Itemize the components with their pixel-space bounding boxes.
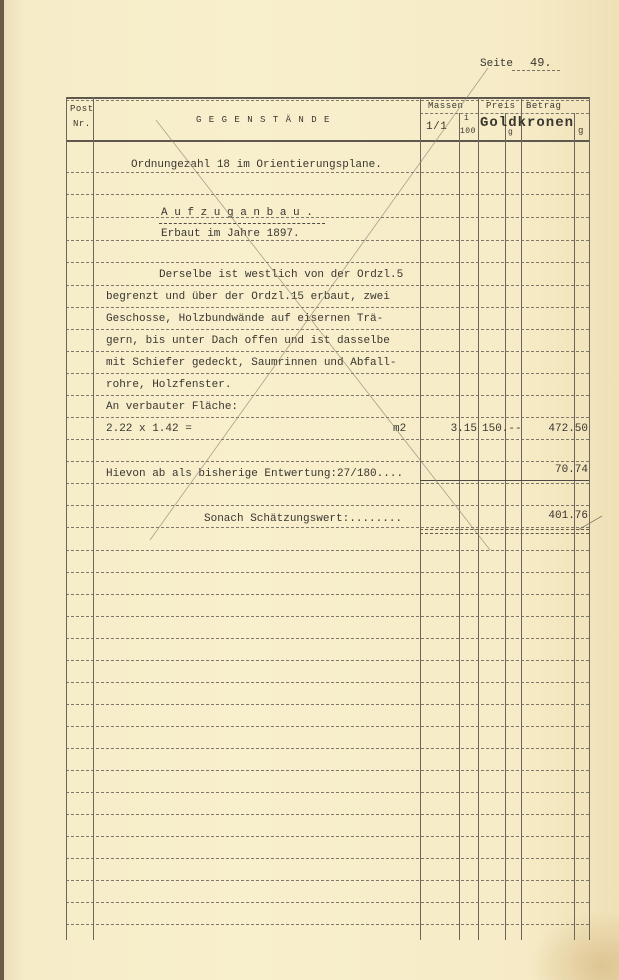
- header-massen: Massen: [428, 101, 463, 111]
- row-rule: [66, 262, 589, 263]
- area-label: An verbauter Fläche:: [106, 401, 238, 413]
- unit-price: 150.--: [482, 423, 522, 435]
- header-bottom-rule: [66, 140, 589, 142]
- row-rule: [66, 217, 589, 218]
- description-line-4: gern, bis unter Dach offen und ist dasse…: [106, 335, 390, 347]
- row-rule: [66, 329, 589, 330]
- header-currency-sub-left: g: [508, 128, 513, 137]
- row-rule: [66, 395, 589, 396]
- col-rule-left: [66, 97, 67, 940]
- area-unit: m2: [393, 423, 406, 435]
- row-rule: [66, 660, 589, 661]
- header-currency: Goldkronen: [480, 115, 574, 131]
- page-number-rule: [512, 70, 560, 71]
- row-rule: [66, 373, 589, 374]
- header-post: Post: [70, 104, 94, 114]
- row-rule: [66, 726, 589, 727]
- table-top-rule: [66, 97, 589, 99]
- row-rule: [66, 240, 589, 241]
- row-rule: [66, 814, 589, 815]
- row-rule: [66, 285, 589, 286]
- col-rule-post: [93, 97, 94, 940]
- description-line-2: begrenzt und über der Ordzl.15 erbaut, z…: [106, 291, 390, 303]
- area-calculation: 2.22 x 1.42 =: [106, 423, 192, 435]
- col-rule-gegenstaende: [420, 97, 421, 940]
- row-rule: [66, 194, 589, 195]
- estimate-amount: 401.76: [536, 510, 588, 522]
- col-rule-massen-sub: [459, 113, 460, 940]
- col-rule-betrag-sub: [574, 113, 575, 940]
- section-title-underline: [159, 223, 325, 224]
- row-rule: [66, 748, 589, 749]
- row-rule: [66, 439, 589, 440]
- header-massen-frac-num: 1: [464, 114, 469, 123]
- deduction-label: Hievon ab als bisherige Entwertung:27/18…: [106, 468, 403, 480]
- row-rule: [66, 527, 589, 528]
- row-rule: [66, 483, 589, 484]
- col-rule-massen: [478, 97, 479, 940]
- page-label: Seite: [480, 58, 513, 70]
- header-massen-frac-den: 100: [460, 127, 476, 136]
- row-rule: [66, 550, 589, 551]
- row-rule: [66, 351, 589, 352]
- ordnungszahl-line: Ordnungezahl 18 im Orientierungsplane.: [131, 159, 382, 171]
- header-preis: Preis: [486, 101, 516, 111]
- row-rule: [66, 417, 589, 418]
- row-rule: [66, 172, 589, 173]
- ledger-table: Post Nr. G E G E N S T Ä N D E Massen 1/…: [66, 97, 589, 940]
- description-line-1: Derselbe ist westlich von der Ordzl.5: [159, 269, 403, 281]
- area-value: 3.15: [447, 423, 477, 435]
- row-rule: [66, 572, 589, 573]
- row-rule: [66, 880, 589, 881]
- deduction-underline: [420, 480, 589, 481]
- row-rule: [66, 307, 589, 308]
- header-massen-1-1: 1/1: [426, 121, 447, 133]
- row-rule: [66, 792, 589, 793]
- header-betrag: Betrag: [526, 101, 561, 111]
- row-rule: [66, 461, 589, 462]
- row-rule: [66, 704, 589, 705]
- row-rule: [66, 858, 589, 859]
- row-rule: [66, 616, 589, 617]
- estimate-double-underline: [420, 529, 589, 534]
- row-rule: [66, 505, 589, 506]
- row-rule: [66, 924, 589, 925]
- header-currency-sub-right: g: [578, 126, 584, 136]
- row-rule: [66, 638, 589, 639]
- page-number: 49.: [530, 56, 552, 70]
- col-rule-preis: [521, 97, 522, 940]
- description-line-3: Geschosse, Holzbundwände auf eisernen Tr…: [106, 313, 383, 325]
- estimate-label: Sonach Schätzungswert:........: [204, 513, 402, 525]
- page-binding-edge: [0, 0, 4, 980]
- row-rule: [66, 594, 589, 595]
- row-rule: [66, 770, 589, 771]
- built-year: Erbaut im Jahre 1897.: [161, 228, 300, 240]
- header-nr: Nr.: [73, 119, 91, 129]
- col-rule-right: [589, 97, 590, 940]
- row-rule: [66, 836, 589, 837]
- header-gegenstaende: G E G E N S T Ä N D E: [196, 115, 330, 125]
- row-rule: [66, 682, 589, 683]
- description-line-5: mit Schiefer gedeckt, Saumrinnen und Abf…: [106, 357, 396, 369]
- row-rule: [66, 902, 589, 903]
- description-line-6: rohre, Holzfenster.: [106, 379, 231, 391]
- col-rule-preis-sub: [505, 113, 506, 940]
- amount: 472.50: [536, 423, 588, 435]
- section-title: A u f z u g a n b a u .: [161, 207, 313, 219]
- deduction-amount: 70.74: [536, 464, 588, 476]
